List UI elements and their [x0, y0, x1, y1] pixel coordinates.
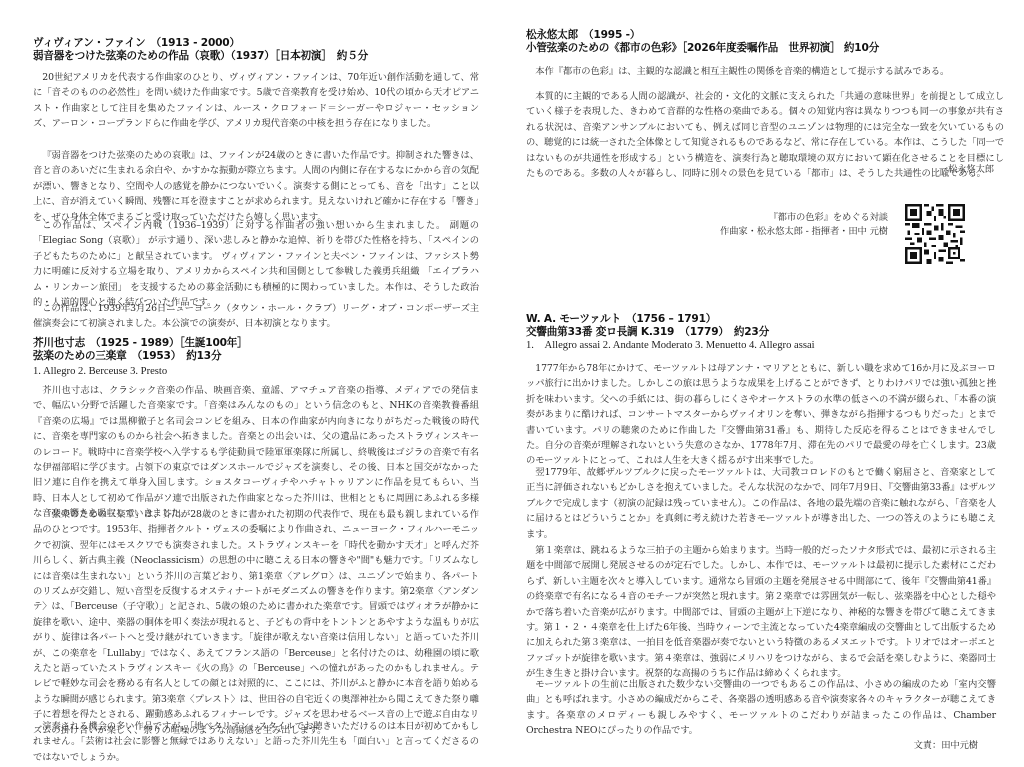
fine-composer-heading: ヴィヴィアン・ファイン （1913 - 2000）: [33, 37, 240, 50]
mozart-paragraph-2: 翌1779年、故郷ザルツブルクに戻ったモーツァルトは、大司教コロレドのもとで働く…: [526, 465, 996, 542]
akutagawa-paragraph-2: 「弦楽のための三楽章」は、芥川が28歳のときに書かれた初期の代表作で、現在も最も…: [33, 507, 479, 738]
fine-paragraph-3: この作品は、スペイン内戦（1936–1939）に対する作曲者の強い想いから生まれ…: [33, 218, 479, 310]
fine-paragraph-4: この作品は、1939年3月26日ニューヨーク（タウン・ホール・クラブ）リーグ・オ…: [33, 301, 479, 332]
mozart-paragraph-3: 第１楽章は、跳ねるような三拍子の主題から始まります。当時一般的だったソナタ形式で…: [526, 543, 996, 682]
akutagawa-work-title: 弦楽のための三楽章 （1953） 約13分: [33, 350, 221, 363]
talk-title: 『都市の色彩』をめぐる対談: [660, 211, 888, 225]
fine-paragraph-2: 『弱音器をつけた弦楽のための哀歌』は、ファインが24歳のときに書いた作品です。抑…: [33, 148, 479, 225]
talk-people: 作曲家・松永悠太郎 - 指揮者・田中 元樹: [620, 225, 888, 239]
fine-work-title: 弱音器をつけた弦楽のための作品（哀歌）（1937）［日本初演］ 約５分: [33, 50, 368, 63]
matsunaga-signature: 一松永悠太郎: [939, 162, 994, 177]
matsunaga-paragraph-1: 本作『都市の色彩』は、主観的な認識と相互主観性の関係を音楽的構造として提示する試…: [526, 64, 1004, 79]
mozart-work-title: 交響曲第33番 変ロ長調 K.319 （1779） 約23分: [526, 326, 769, 339]
matsunaga-paragraph-2: 本質的に主観的である人間の認識が、社会的・文化的文脈に支えられた「共通の意味世界…: [526, 89, 1004, 181]
akutagawa-movements: 1. Allegro 2. Berceuse 3. Presto: [33, 365, 167, 378]
mozart-paragraph-4: モーツァルトの生前に出版された数少ない交響曲の一つでもあるこの作品は、小さめの編…: [526, 677, 996, 739]
akutagawa-composer-heading: 芥川也寸志 （1925 - 1989）［生誕100年］: [33, 337, 248, 350]
mozart-movements: 1. Allegro assai 2. Andante Moderato 3. …: [526, 339, 815, 352]
akutagawa-paragraph-1: 芥川也寸志は、クラシック音楽の作品、映画音楽、童謡、アマチュア音楽の指導、メディ…: [33, 383, 479, 522]
mozart-composer-heading: W. A. モーツァルト （1756 – 1791）: [526, 313, 716, 326]
matsunaga-work-title: 小管弦楽のための《都市の色彩》［2026年度委嘱作品 世界初演］ 約10分: [526, 42, 879, 55]
akutagawa-paragraph-3: 演奏される機会の多い作品ですが、「地べタリアン」スタイルでお聴きいただけるのは本…: [33, 719, 479, 765]
qr-code-icon[interactable]: [905, 204, 965, 264]
fine-paragraph-1: 20世紀アメリカを代表する作曲家のひとり、ヴィヴィアン・ファインは、70年近い創…: [33, 70, 479, 132]
matsunaga-composer-heading: 松永悠太郎 （1995 -）: [526, 29, 640, 42]
mozart-credit: 文責：田中元樹: [914, 738, 978, 753]
mozart-paragraph-1: 1777年から78年にかけて、モーツァルトは母アンナ・マリアとともに、新しい職を…: [526, 361, 996, 469]
